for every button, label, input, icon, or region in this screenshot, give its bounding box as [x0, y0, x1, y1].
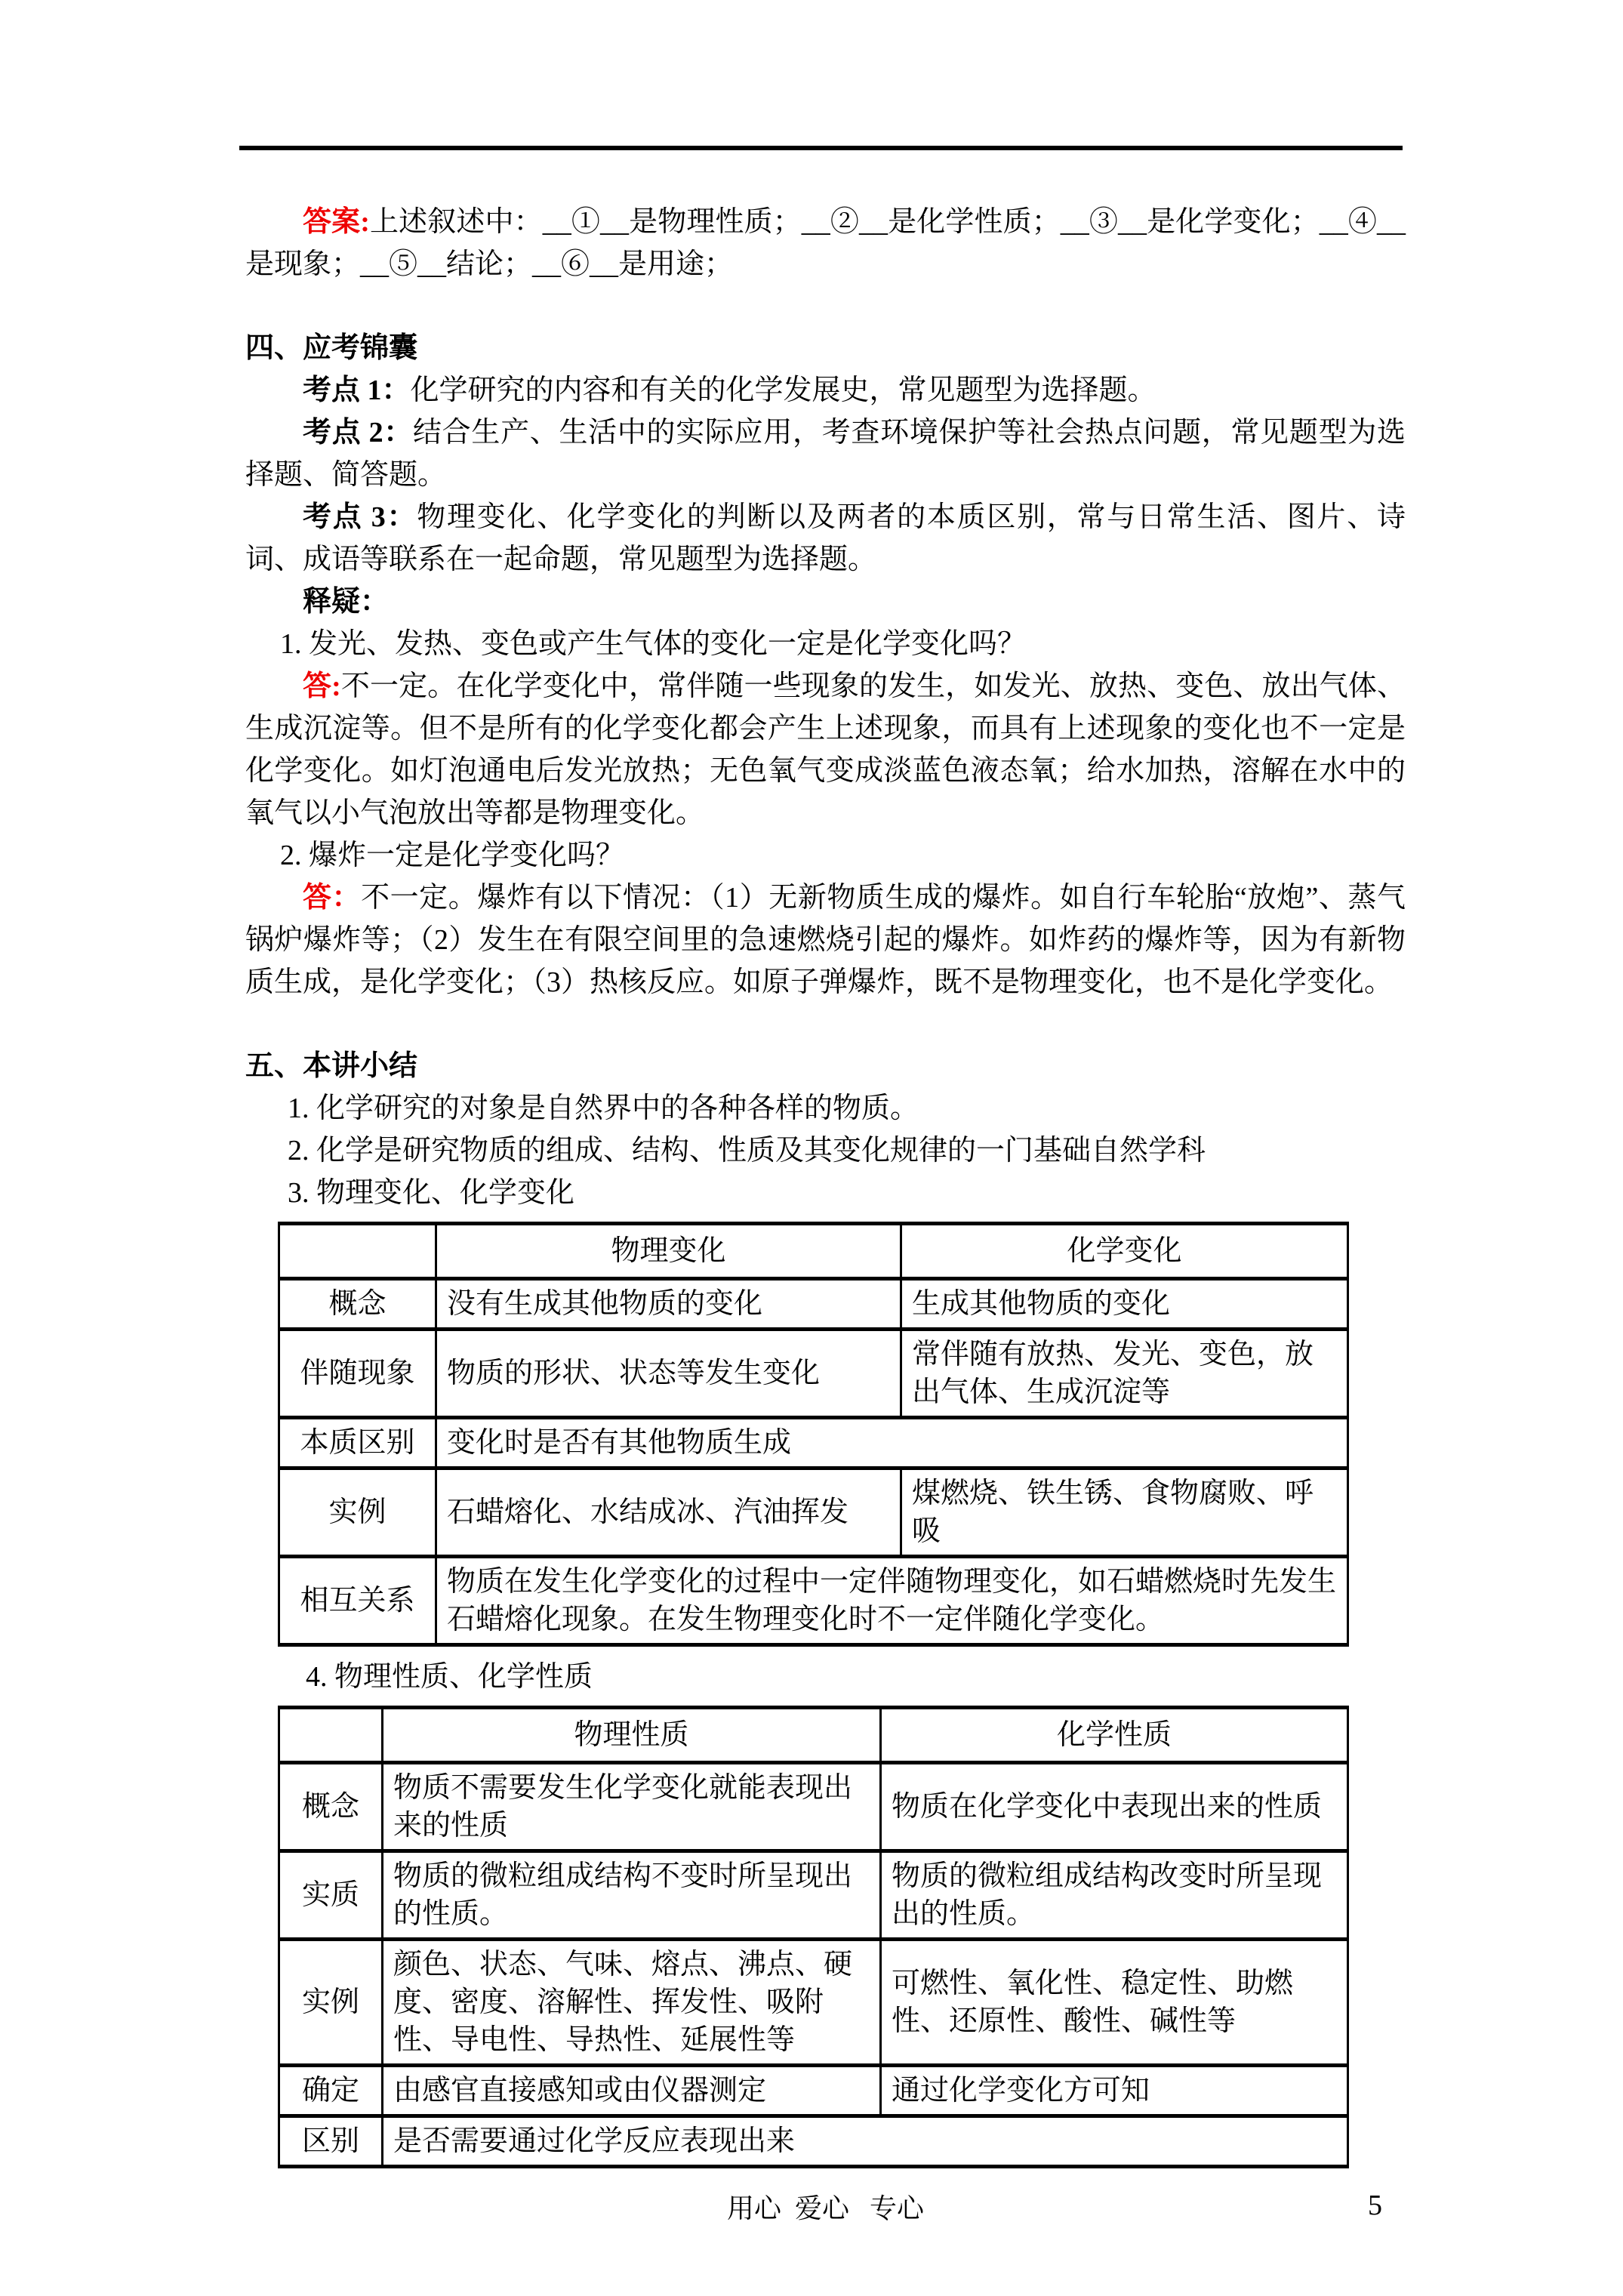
question-1: 1. 发光、发热、变色或产生气体的变化一定是化学变化吗？ — [245, 623, 1406, 665]
exam-point-3-label: 考点 3： — [303, 501, 417, 533]
table-physical-vs-chemical-property: 物理性质 化学性质 概念 物质不需要发生化学变化就能表现出来的性质 物质在化学变… — [278, 1706, 1349, 2168]
row-label: 实例 — [279, 1940, 383, 2066]
table-cell: 生成其他物质的变化 — [901, 1279, 1348, 1330]
answer-1: 答:不一定。在化学变化中，常伴随一些现象的发生，如发光、放热、变色、放出气体、生… — [245, 665, 1406, 834]
question-2: 2. 爆炸一定是化学变化吗？ — [245, 834, 1406, 877]
row-label: 区别 — [279, 2116, 383, 2167]
row-label: 实例 — [279, 1469, 436, 1557]
row-label: 伴随现象 — [279, 1330, 436, 1418]
footer-motto: 用心 爱心 专心 — [245, 2192, 1406, 2225]
table-cell: 通过化学变化方可知 — [881, 2066, 1348, 2116]
table-cell: 石蜡熔化、水结成冰、汽油挥发 — [436, 1469, 901, 1557]
summary-item-1: 1. 化学研究的对象是自然界中的各种各样的物质。 — [245, 1087, 1406, 1130]
document-body: 答案:上述叙述中：__①__是物理性质；__②__是化学性质；__③__是化学变… — [245, 201, 1406, 2177]
table-row: 本质区别 变化时是否有其他物质生成 — [279, 1418, 1348, 1469]
answer-2-text: 不一定。爆炸有以下情况：（1）无新物质生成的爆炸。如自行车轮胎“放炮”、蒸气锅炉… — [245, 882, 1406, 998]
document-page: 答案:上述叙述中：__①__是物理性质；__②__是化学性质；__③__是化学变… — [0, 0, 1623, 2296]
exam-point-2-text: 结合生产、生活中的实际应用，考查环境保护等社会热点问题，常见题型为选择题、简答题… — [245, 417, 1406, 491]
exam-point-3: 考点 3：物理变化、化学变化的判断以及两者的本质区别，常与日常生活、图片、诗词、… — [245, 496, 1406, 581]
table2-header-chemical-property: 化学性质 — [881, 1708, 1348, 1763]
table-row: 概念 物质不需要发生化学变化就能表现出来的性质 物质在化学变化中表现出来的性质 — [279, 1763, 1348, 1851]
row-label: 概念 — [279, 1763, 383, 1851]
table-row: 概念 没有生成其他物质的变化 生成其他物质的变化 — [279, 1279, 1348, 1330]
answer-2-label: 答： — [303, 882, 361, 914]
table-cell: 物质的微粒组成结构改变时所呈现出的性质。 — [881, 1851, 1348, 1940]
answer-note-text: 上述叙述中：__①__是物理性质；__②__是化学性质；__③__是化学变化；_… — [245, 206, 1406, 280]
table1-header-empty-cell — [279, 1224, 436, 1279]
row-label: 本质区别 — [279, 1418, 436, 1469]
table-row: 实例 石蜡熔化、水结成冰、汽油挥发 煤燃烧、铁生锈、食物腐败、呼吸 — [279, 1469, 1348, 1557]
table-cell-span: 变化时是否有其他物质生成 — [436, 1418, 1348, 1469]
exam-point-1-label: 考点 1： — [303, 374, 411, 406]
answer-1-text: 不一定。在化学变化中，常伴随一些现象的发生，如发光、放热、变色、放出气体、生成沉… — [245, 670, 1406, 829]
table-cell: 煤燃烧、铁生锈、食物腐败、呼吸 — [901, 1469, 1348, 1557]
table-cell: 物质的微粒组成结构不变时所呈现出的性质。 — [383, 1851, 881, 1940]
table-cell: 没有生成其他物质的变化 — [436, 1279, 901, 1330]
summary-item-2: 2. 化学是研究物质的组成、结构、性质及其变化规律的一门基础自然学科 — [245, 1130, 1406, 1172]
table-cell: 常伴随有放热、发光、变色，放出气体、生成沉淀等 — [901, 1330, 1348, 1418]
section5-title: 五、本讲小结 — [245, 1045, 1406, 1087]
row-label: 相互关系 — [279, 1557, 436, 1645]
answer-1-label: 答: — [303, 670, 341, 702]
section4-title: 四、应考锦囊 — [245, 327, 1406, 369]
table-row: 相互关系 物质在发生化学变化的过程中一定伴随物理变化，如石蜡燃烧时先发生石蜡熔化… — [279, 1557, 1348, 1645]
exam-point-3-text: 物理变化、化学变化的判断以及两者的本质区别，常与日常生活、图片、诗词、成语等联系… — [245, 501, 1406, 575]
summary-item-4: 4. 物理性质、化学性质 — [245, 1656, 1406, 1698]
footer-motto-text: 用心 爱心 专心 — [727, 2193, 924, 2224]
table-row: 伴随现象 物质的形状、状态等发生变化 常伴随有放热、发光、变色，放出气体、生成沉… — [279, 1330, 1348, 1418]
exam-point-1-text: 化学研究的内容和有关的化学发展史，常见题型为选择题。 — [411, 374, 1156, 406]
table-cell: 颜色、状态、气味、熔点、沸点、硬度、密度、溶解性、挥发性、吸附性、导电性、导热性… — [383, 1940, 881, 2066]
table1-header-physical-change: 物理变化 — [436, 1224, 901, 1279]
table-cell-span: 是否需要通过化学反应表现出来 — [383, 2116, 1348, 2167]
table-cell: 物质在化学变化中表现出来的性质 — [881, 1763, 1348, 1851]
answer-note-label: 答案: — [303, 206, 370, 238]
table1-header-chemical-change: 化学变化 — [901, 1224, 1348, 1279]
page-number: 5 — [1368, 2189, 1382, 2222]
table2-header-physical-property: 物理性质 — [383, 1708, 881, 1763]
row-label: 确定 — [279, 2066, 383, 2116]
spacer — [245, 1003, 1406, 1045]
header-divider-rule — [239, 146, 1403, 150]
table-cell-span: 物质在发生化学变化的过程中一定伴随物理变化，如石蜡燃烧时先发生石蜡熔化现象。在发… — [436, 1557, 1348, 1645]
shiyi-label: 释疑： — [245, 581, 1406, 623]
row-label: 概念 — [279, 1279, 436, 1330]
table-cell: 物质不需要发生化学变化就能表现出来的性质 — [383, 1763, 881, 1851]
paragraph-answer-note: 答案:上述叙述中：__①__是物理性质；__②__是化学性质；__③__是化学变… — [245, 201, 1406, 285]
exam-point-1: 考点 1：化学研究的内容和有关的化学发展史，常见题型为选择题。 — [245, 369, 1406, 411]
table-row: 实例 颜色、状态、气味、熔点、沸点、硬度、密度、溶解性、挥发性、吸附性、导电性、… — [279, 1940, 1348, 2066]
table-row-header: 物理性质 化学性质 — [279, 1708, 1348, 1763]
table-cell: 由感官直接感知或由仪器测定 — [383, 2066, 881, 2116]
row-label: 实质 — [279, 1851, 383, 1940]
exam-point-2-label: 考点 2： — [303, 417, 413, 448]
table2-header-empty-cell — [279, 1708, 383, 1763]
exam-point-2: 考点 2：结合生产、生活中的实际应用，考查环境保护等社会热点问题，常见题型为选择… — [245, 411, 1406, 496]
summary-item-3: 3. 物理变化、化学变化 — [245, 1172, 1406, 1214]
table-physical-vs-chemical-change: 物理变化 化学变化 概念 没有生成其他物质的变化 生成其他物质的变化 伴随现象 … — [278, 1222, 1349, 1647]
answer-2: 答：不一定。爆炸有以下情况：（1）无新物质生成的爆炸。如自行车轮胎“放炮”、蒸气… — [245, 877, 1406, 1003]
table-row: 区别 是否需要通过化学反应表现出来 — [279, 2116, 1348, 2167]
table-cell: 物质的形状、状态等发生变化 — [436, 1330, 901, 1418]
table-cell: 可燃性、氧化性、稳定性、助燃性、还原性、酸性、碱性等 — [881, 1940, 1348, 2066]
table-row: 确定 由感官直接感知或由仪器测定 通过化学变化方可知 — [279, 2066, 1348, 2116]
table-row: 实质 物质的微粒组成结构不变时所呈现出的性质。 物质的微粒组成结构改变时所呈现出… — [279, 1851, 1348, 1940]
spacer — [245, 285, 1406, 327]
table-row-header: 物理变化 化学变化 — [279, 1224, 1348, 1279]
